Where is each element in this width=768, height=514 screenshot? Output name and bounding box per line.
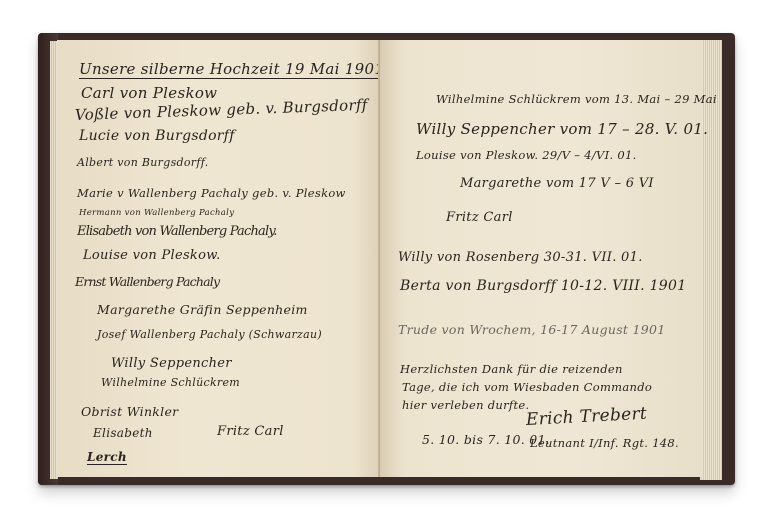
entry: Berta von Burgsdorff 10-12. VIII. 1901	[400, 278, 686, 294]
entry: Josef Wallenberg Pachaly (Schwarzau)	[97, 328, 322, 341]
entry: Carl von Pleskow	[81, 84, 217, 102]
right-page: Wilhelmine Schlückrem vom 13. Mai – 29 M…	[380, 40, 702, 477]
entry: Elisabeth	[93, 426, 153, 440]
signature: Erich Trebert	[525, 404, 647, 430]
entry: Margarethe Gräfin Seppenheim	[97, 302, 308, 317]
heading: Unsere silberne Hochzeit 19 Mai 1901.	[79, 60, 389, 79]
entry: Wilhelmine Schlückrem vom 13. Mai – 29 M…	[436, 92, 717, 106]
entry: Willy Seppencher	[111, 356, 232, 371]
note-line: Tage, die ich vom Wiesbaden Commando	[402, 380, 652, 394]
entry: Marie v Wallenberg Pachaly geb. v. Plesk…	[77, 186, 346, 200]
page-edges-right	[700, 40, 722, 480]
entry: Margarethe vom 17 V – 6 VI	[460, 176, 654, 191]
entry: Wilhelmine Schlückrem	[101, 376, 240, 389]
entry: Elisabeth von Wallenberg Pachaly.	[77, 224, 277, 239]
entry: Louise von Pleskow.	[83, 248, 221, 263]
entry: Willy Seppencher vom 17 – 28. V. 01.	[416, 120, 708, 138]
left-page: Unsere silberne Hochzeit 19 Mai 1901. Ca…	[57, 40, 379, 477]
entry: Fritz Carl	[217, 424, 284, 439]
entry: Ernst Wallenberg Pachaly	[75, 274, 219, 289]
entry: Louise von Pleskow. 29/V – 4/VI. 01.	[416, 148, 637, 162]
entry: Hermann von Wallenberg Pachaly	[79, 208, 234, 218]
note-line: hier verleben durfte.	[402, 398, 529, 412]
entry: Lerch	[87, 450, 127, 465]
note-rank: Leutnant I/Inf. Rgt. 148.	[530, 436, 679, 450]
entry: Trude von Wrochem, 16-17 August 1901	[398, 322, 666, 337]
note-line: Herzlichsten Dank für die reizenden	[400, 362, 623, 376]
entry: Willy von Rosenberg 30-31. VII. 01.	[398, 250, 643, 265]
entry: Lucie von Burgsdorff	[79, 128, 235, 144]
entry: Obrist Winkler	[81, 404, 178, 419]
entry: Fritz Carl	[446, 210, 513, 225]
entry: Albert von Burgsdorff.	[77, 156, 209, 169]
